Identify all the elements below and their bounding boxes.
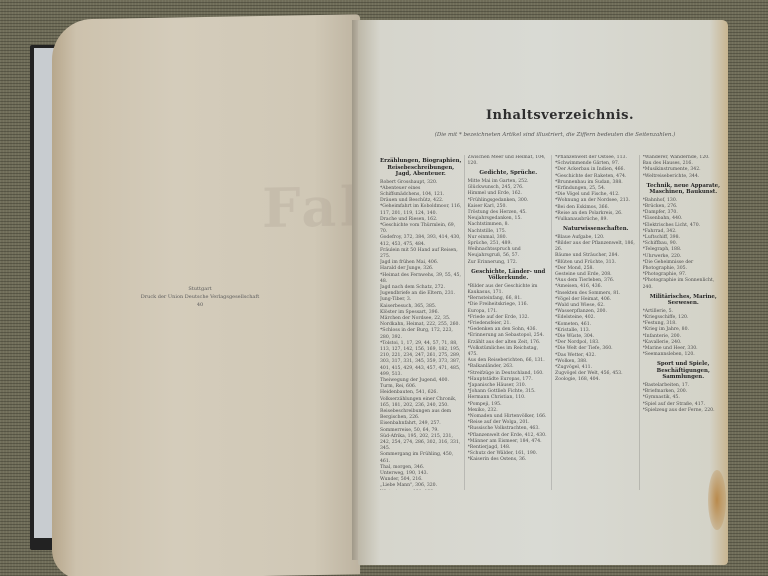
toc-column-3: *Pflanzenwelt der Ostsee, 113.*Schwimmen… [555, 155, 640, 490]
toc-section-heading: Geschichte, Länder- und Völkerkunde. [468, 269, 550, 282]
imprint-line: Stuttgart [140, 285, 260, 293]
toc-entry: *Schloss in der Burg, 172, 223, 280, 392… [380, 328, 462, 340]
toc-entry: Volkserzählungen einer Chronik, 165, 181… [380, 397, 462, 409]
toc-entry: *Geschichte der Raketen, 474. [555, 174, 637, 180]
toc-entry: *Photographie im Sonnenlicht, 240. [643, 278, 725, 290]
toc-entry: *Vulkanausbrüche, 89. [555, 217, 637, 223]
page-subtitle: (Die mit * bezeichneten Artikel sind ill… [405, 132, 705, 138]
toc-entry: Erzählt aus der alten Zeit, 176. [468, 340, 550, 346]
toc-entry: Reisebeschreibungen aus dem Bergischen, … [380, 409, 462, 421]
toc-section-heading: Militärisches, Marine, Seewesen. [643, 294, 725, 307]
printer-imprint: Stuttgart Druck der Union Deutsche Verla… [140, 285, 260, 309]
toc-entry: Weihnachtsspruch und Neujahrsgruß, 56, 5… [468, 247, 550, 259]
toc-entry: Godefroy, 372, 384, 393, 414, 430, 412, … [380, 235, 462, 247]
toc-entry: *Erinnerung an Sebastopol, 254. [468, 333, 550, 339]
toc-entry: Sommergang im Frühling, 450, 461. [380, 452, 462, 464]
toc-entry: *Bilder aus der Geschichte im Kaukasus, … [468, 284, 550, 296]
toc-entry: Zur Erinnerung, 172. [468, 260, 550, 266]
toc-entry: *Seemannsleben, 120. [643, 352, 725, 358]
toc-entry: *Spielzeug aus der Ferne, 220. [643, 408, 725, 414]
toc-section-heading: Gedichte, Sprüche. [468, 170, 550, 177]
toc-section-heading: Sport und Spiele, Beschäftigungen, Samml… [643, 361, 725, 381]
page-title: Inhaltsverzeichnis. [470, 108, 650, 123]
toc-entry: *Abenteuer eines Schiffsmädchens, 104, 1… [380, 186, 462, 198]
toc-entry: Zoologie, 168, 404. [555, 377, 637, 383]
toc-section-heading: Naturwissenschaften. [555, 226, 637, 233]
toc-entry: *Heimat des Fernwehs, 39, 55, 45, 48. [380, 273, 462, 285]
toc-entry: *Weltreiseberichte, 344. [643, 174, 725, 180]
toc-column-1: Erzählungen, Biographien, Reisebeschreib… [380, 155, 465, 490]
toc-entry: *Bilder aus der Pflanzenwelt, 186, 26. [555, 241, 637, 253]
toc-entry: *Der Ackerbau in Indien, 466. [555, 167, 637, 173]
toc-entry: *Kaiserin des Ostens, 36. [468, 457, 550, 463]
toc-columns: Erzählungen, Biographien, Reisebeschreib… [380, 155, 726, 490]
toc-section-heading: Technik, neue Apparate, Maschinen, Bauku… [643, 183, 725, 196]
toc-section-heading: Erzählungen, Biographien, Reisebeschreib… [380, 158, 462, 178]
toc-entry: Süd-Afrika, 195, 202, 215, 231, 242, 254… [380, 434, 462, 453]
toc-entry: *Tolstoi, 1, 17, 29, 44, 57, 71, 88, 113… [380, 341, 462, 378]
imprint-line: 40 [140, 301, 260, 309]
toc-entry: *Geschichte vom Thürmlein, 69, 70. [380, 223, 462, 235]
toc-entry: *Volkstümliches im Reichstag, 475. [468, 346, 550, 358]
toc-entry: Zwischen Meer und Heimat, 104, 120. [468, 155, 550, 167]
toc-entry: Fräulein mit 50 Hand auf Reisen, 275. [380, 248, 462, 260]
toc-entry: *Russische Volkstrachten, 463. [468, 426, 550, 432]
toc-entry: *Pflanzenwelt der Erde, 412, 430. [468, 433, 550, 439]
toc-entry: *Geheimfahrt im Koboldmoor, 116, 117, 20… [380, 204, 462, 216]
imprint-line: Druck der Union Deutsche Verlagsgesellsc… [140, 293, 260, 301]
toc-column-2: Zwischen Meer und Heimat, 104, 120.Gedic… [468, 155, 553, 490]
toc-column-4: *Wanderer, Wandernde, 120.Bau des Hauses… [643, 155, 727, 490]
toc-entry: *Streifzüge in Deutschland, 160. [468, 371, 550, 377]
toc-entry: *Wohnung an der Nordsee, 213. [555, 198, 637, 204]
toc-entry: *Die Geheimnisse der Photographie, 305. [643, 260, 725, 272]
